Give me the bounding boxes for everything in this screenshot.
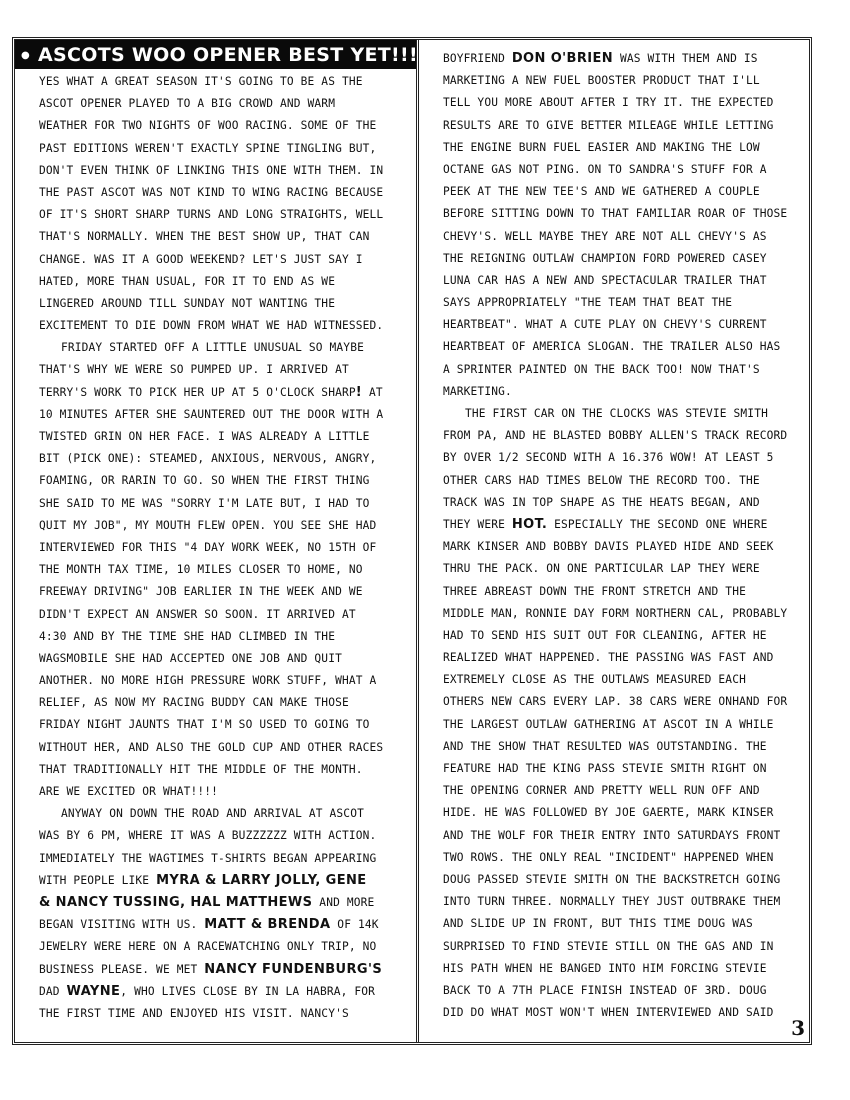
text-line: DIDN'T EXPECT AN ANSWER SO SOON. IT ARRI…	[39, 604, 416, 626]
text-run: AND SLIDE UP IN FRONT, BUT THIS TIME DOU…	[443, 917, 753, 930]
text-run: BOYFRIEND	[443, 52, 512, 65]
text-line: THREE ABREAST DOWN THE FRONT STRETCH AND…	[443, 581, 809, 603]
text-run: , WHO LIVES CLOSE BY IN LA HABRA, FOR	[120, 985, 375, 998]
text-line: HAD TO SEND HIS SUIT OUT FOR CLEANING, A…	[443, 625, 809, 647]
text-line: BUSINESS PLEASE. WE MET NANCY FUNDENBURG…	[39, 959, 416, 981]
text-run: OCTANE GAS NOT PING. ON TO SANDRA'S STUF…	[443, 163, 767, 176]
text-run: DOUG PASSED STEVIE SMITH ON THE BACKSTRE…	[443, 873, 780, 886]
right-column-text: BOYFRIEND DON O'BRIEN WAS WITH THEM AND …	[422, 40, 809, 1024]
text-line: CHANGE. WAS IT A GOOD WEEKEND? LET'S JUS…	[39, 249, 416, 271]
text-run: THE LARGEST OUTLAW GATHERING AT ASCOT IN…	[443, 718, 774, 731]
text-line: AND THE WOLF FOR THEIR ENTRY INTO SATURD…	[443, 825, 809, 847]
left-column-text: YES WHAT A GREAT SEASON IT'S GOING TO BE…	[15, 69, 416, 1025]
text-line: THE FIRST CAR ON THE CLOCKS WAS STEVIE S…	[443, 403, 809, 425]
text-line: HEARTBEAT". WHAT A CUTE PLAY ON CHEVY'S …	[443, 314, 809, 336]
text-run: TRACK WAS IN TOP SHAPE AS THE HEATS BEGA…	[443, 496, 760, 509]
text-line: WITHOUT HER, AND ALSO THE GOLD CUP AND O…	[39, 737, 416, 759]
text-run: THRU THE PACK. ON ONE PARTICULAR LAP THE…	[443, 562, 760, 575]
text-run: MIDDLE MAN, RONNIE DAY FORM NORTHERN CAL…	[443, 607, 787, 620]
text-line: 10 MINUTES AFTER SHE SAUNTERED OUT THE D…	[39, 404, 416, 426]
text-run: EXCITEMENT TO DIE DOWN FROM WHAT WE HAD …	[39, 319, 383, 332]
text-line: FEATURE HAD THE KING PASS STEVIE SMITH R…	[443, 758, 809, 780]
text-run: FROM PA, AND HE BLASTED BOBBY ALLEN'S TR…	[443, 429, 787, 442]
text-run: 10 MINUTES AFTER SHE SAUNTERED OUT THE D…	[39, 408, 383, 421]
text-run: THE PAST ASCOT WAS NOT KIND TO WING RACI…	[39, 186, 383, 199]
text-line: AND SLIDE UP IN FRONT, BUT THIS TIME DOU…	[443, 913, 809, 935]
text-line: ARE WE EXCITED OR WHAT!!!!	[39, 781, 416, 803]
text-line: THAT TRADITIONALLY HIT THE MIDDLE OF THE…	[39, 759, 416, 781]
text-line: MARKETING.	[443, 381, 809, 403]
text-line: HIDE. HE WAS FOLLOWED BY JOE GAERTE, MAR…	[443, 802, 809, 824]
text-run: A SPRINTER PAINTED ON THE BACK TOO! NOW …	[443, 363, 760, 376]
text-run: THE MONTH TAX TIME, 10 MILES CLOSER TO H…	[39, 563, 363, 576]
text-line: YES WHAT A GREAT SEASON IT'S GOING TO BE…	[39, 71, 416, 93]
text-line: SAYS APPROPRIATELY "THE TEAM THAT BEAT T…	[443, 292, 809, 314]
text-line: INTO TURN THREE. NORMALLY THEY JUST OUTB…	[443, 891, 809, 913]
text-run: OTHERS NEW CARS EVERY LAP. 38 CARS WERE …	[443, 695, 787, 708]
text-run: WAGSMOBILE SHE HAD ACCEPTED ONE JOB AND …	[39, 652, 342, 665]
text-line: THE ENGINE BURN FUEL EASIER AND MAKING T…	[443, 137, 809, 159]
text-run: DIDN'T EXPECT AN ANSWER SO SOON. IT ARRI…	[39, 608, 356, 621]
text-run: OF IT'S SHORT SHARP TURNS AND LONG STRAI…	[39, 208, 383, 221]
text-line: THAT'S WHY WE WERE SO PUMPED UP. I ARRIV…	[39, 359, 416, 381]
text-run: THE FIRST TIME AND ENJOYED HIS VISIT. NA…	[39, 1007, 349, 1020]
text-line: MIDDLE MAN, RONNIE DAY FORM NORTHERN CAL…	[443, 603, 809, 625]
text-line: PEEK AT THE NEW TEE'S AND WE GATHERED A …	[443, 181, 809, 203]
text-run: HIS PATH WHEN HE BANGED INTO HIM FORCING…	[443, 962, 767, 975]
text-run: THE REIGNING OUTLAW CHAMPION FORD POWERE…	[443, 252, 767, 265]
text-run: TERRY'S WORK TO PICK HER UP AT 5 O'CLOCK…	[39, 386, 356, 399]
text-run: THAT'S WHY WE WERE SO PUMPED UP. I ARRIV…	[39, 363, 349, 376]
text-run: MARK KINSER AND BOBBY DAVIS PLAYED HIDE …	[443, 540, 774, 553]
text-line: LINGERED AROUND TILL SUNDAY NOT WANTING …	[39, 293, 416, 315]
text-run: TWISTED GRIN ON HER FACE. I WAS ALREADY …	[39, 430, 370, 443]
text-line: DON'T EVEN THINK OF LINKING THIS ONE WIT…	[39, 160, 416, 182]
text-run: AND MORE	[312, 896, 374, 909]
text-run: FRIDAY NIGHT JAUNTS THAT I'M SO USED TO …	[39, 718, 370, 731]
text-run: BUSINESS PLEASE. WE MET	[39, 963, 204, 976]
text-run: WAS WITH THEM AND IS	[613, 52, 758, 65]
text-run: AT	[362, 386, 383, 399]
text-run: QUIT MY JOB", MY MOUTH FLEW OPEN. YOU SE…	[39, 519, 376, 532]
text-line: QUIT MY JOB", MY MOUTH FLEW OPEN. YOU SE…	[39, 515, 416, 537]
text-line: FRIDAY NIGHT JAUNTS THAT I'M SO USED TO …	[39, 714, 416, 736]
text-line: WITH PEOPLE LIKE MYRA & LARRY JOLLY, GEN…	[39, 870, 416, 892]
text-run: THAT'S NORMALLY. WHEN THE BEST SHOW UP, …	[39, 230, 370, 243]
text-run: BACK TO A 7TH PLACE FINISH INSTEAD OF 3R…	[443, 984, 767, 997]
text-run: AND THE WOLF FOR THEIR ENTRY INTO SATURD…	[443, 829, 780, 842]
text-run: REALIZED WHAT HAPPENED. THE PASSING WAS …	[443, 651, 774, 664]
text-line: HIS PATH WHEN HE BANGED INTO HIM FORCING…	[443, 958, 809, 980]
text-run: IMMEDIATELY THE WAGTIMES T-SHIRTS BEGAN …	[39, 852, 376, 865]
text-run: JEWELRY WERE HERE ON A RACEWATCHING ONLY…	[39, 940, 376, 953]
text-run: RELIEF, AS NOW MY RACING BUDDY CAN MAKE …	[39, 696, 349, 709]
text-line: THAT'S NORMALLY. WHEN THE BEST SHOW UP, …	[39, 226, 416, 248]
text-line: TWISTED GRIN ON HER FACE. I WAS ALREADY …	[39, 426, 416, 448]
bold-name: NANCY FUNDENBURG'S	[204, 962, 382, 977]
text-run: INTERVIEWED FOR THIS "4 DAY WORK WEEK, N…	[39, 541, 376, 554]
text-run: ASCOT OPENER PLAYED TO A BIG CROWD AND W…	[39, 97, 335, 110]
text-run: ANOTHER. NO MORE HIGH PRESSURE WORK STUF…	[39, 674, 376, 687]
text-run: THE OPENING CORNER AND PRETTY WELL RUN O…	[443, 784, 760, 797]
text-line: HATED, MORE THAN USUAL, FOR IT TO END AS…	[39, 271, 416, 293]
text-run: HEARTBEAT". WHAT A CUTE PLAY ON CHEVY'S …	[443, 318, 767, 331]
text-run: WITHOUT HER, AND ALSO THE GOLD CUP AND O…	[39, 741, 383, 754]
article-headline: ●ASCOTS WOO OPENER BEST YET!!!!!!	[15, 40, 416, 69]
text-line: THE LARGEST OUTLAW GATHERING AT ASCOT IN…	[443, 714, 809, 736]
text-run: PAST EDITIONS WEREN'T EXACTLY SPINE TING…	[39, 142, 376, 155]
text-run: WAS BY 6 PM, WHERE IT WAS A BUZZZZZZ WIT…	[39, 829, 376, 842]
bold-name: WAYNE	[67, 984, 121, 999]
text-run: SHE SAID TO ME WAS "SORRY I'M LATE BUT, …	[39, 497, 370, 510]
text-run: ARE WE EXCITED OR WHAT!!!!	[39, 785, 218, 798]
text-line: PAST EDITIONS WEREN'T EXACTLY SPINE TING…	[39, 138, 416, 160]
text-line: RESULTS ARE TO GIVE BETTER MILEAGE WHILE…	[443, 115, 809, 137]
text-run: INTO TURN THREE. NORMALLY THEY JUST OUTB…	[443, 895, 780, 908]
text-line: TELL YOU MORE ABOUT AFTER I TRY IT. THE …	[443, 92, 809, 114]
text-run: LUNA CAR HAS A NEW AND SPECTACULAR TRAIL…	[443, 274, 767, 287]
text-line: 4:30 AND BY THE TIME SHE HAD CLIMBED IN …	[39, 626, 416, 648]
text-line: TERRY'S WORK TO PICK HER UP AT 5 O'CLOCK…	[39, 382, 416, 404]
text-run: THEY WERE	[443, 518, 512, 531]
text-line: DAD WAYNE, WHO LIVES CLOSE BY IN LA HABR…	[39, 981, 416, 1003]
text-line: WAS BY 6 PM, WHERE IT WAS A BUZZZZZZ WIT…	[39, 825, 416, 847]
page-frame: ●ASCOTS WOO OPENER BEST YET!!!!!! YES WH…	[12, 37, 812, 1045]
page-number: 3	[791, 1016, 805, 1040]
text-run: CHEVY'S. WELL MAYBE THEY ARE NOT ALL CHE…	[443, 230, 767, 243]
text-run: FEATURE HAD THE KING PASS STEVIE SMITH R…	[443, 762, 767, 775]
text-run: HAD TO SEND HIS SUIT OUT FOR CLEANING, A…	[443, 629, 767, 642]
text-line: ANOTHER. NO MORE HIGH PRESSURE WORK STUF…	[39, 670, 416, 692]
bold-name: MATT & BRENDA	[204, 917, 330, 932]
bullet-icon: ●	[21, 50, 30, 61]
text-run: MARKETING.	[443, 385, 512, 398]
text-run: 4:30 AND BY THE TIME SHE HAD CLIMBED IN …	[39, 630, 335, 643]
text-run: FRIDAY STARTED OFF A LITTLE UNUSUAL SO M…	[61, 341, 364, 354]
text-line: ANYWAY ON DOWN THE ROAD AND ARRIVAL AT A…	[39, 803, 416, 825]
text-line: THE REIGNING OUTLAW CHAMPION FORD POWERE…	[443, 248, 809, 270]
text-run: THAT TRADITIONALLY HIT THE MIDDLE OF THE…	[39, 763, 363, 776]
text-line: TWO ROWS. THE ONLY REAL "INCIDENT" HAPPE…	[443, 847, 809, 869]
text-line: OF IT'S SHORT SHARP TURNS AND LONG STRAI…	[39, 204, 416, 226]
text-run: EXTREMELY CLOSE AS THE OUTLAWS MEASURED …	[443, 673, 746, 686]
text-run: SURPRISED TO FIND STEVIE STILL ON THE GA…	[443, 940, 774, 953]
text-run: HATED, MORE THAN USUAL, FOR IT TO END AS…	[39, 275, 335, 288]
text-line: IMMEDIATELY THE WAGTIMES T-SHIRTS BEGAN …	[39, 848, 416, 870]
headline-text: ASCOTS WOO OPENER BEST YET!!!!!!	[38, 44, 445, 66]
text-line: FOAMING, OR RARIN TO GO. SO WHEN THE FIR…	[39, 470, 416, 492]
text-run: THREE ABREAST DOWN THE FRONT STRETCH AND…	[443, 585, 746, 598]
right-column: BOYFRIEND DON O'BRIEN WAS WITH THEM AND …	[422, 40, 809, 1042]
text-line: ASCOT OPENER PLAYED TO A BIG CROWD AND W…	[39, 93, 416, 115]
text-line: THE PAST ASCOT WAS NOT KIND TO WING RACI…	[39, 182, 416, 204]
text-run: BIT (PICK ONE): STEAMED, ANXIOUS, NERVOU…	[39, 452, 376, 465]
text-run: BEFORE SITTING DOWN TO THAT FAMILIAR ROA…	[443, 207, 787, 220]
bold-name: & NANCY TUSSING, HAL MATTHEWS	[39, 895, 312, 910]
text-run: HIDE. HE WAS FOLLOWED BY JOE GAERTE, MAR…	[443, 806, 774, 819]
text-line: WAGSMOBILE SHE HAD ACCEPTED ONE JOB AND …	[39, 648, 416, 670]
text-line: HEARTBEAT OF AMERICA SLOGAN. THE TRAILER…	[443, 336, 809, 358]
text-run: FREEWAY DRIVING" JOB EARLIER IN THE WEEK…	[39, 585, 363, 598]
text-line: MARK KINSER AND BOBBY DAVIS PLAYED HIDE …	[443, 536, 809, 558]
text-line: DID DO WHAT MOST WON'T WHEN INTERVIEWED …	[443, 1002, 809, 1024]
bold-name: HOT.	[512, 517, 547, 532]
text-run: SAYS APPROPRIATELY "THE TEAM THAT BEAT T…	[443, 296, 732, 309]
text-line: BEGAN VISITING WITH US. MATT & BRENDA OF…	[39, 914, 416, 936]
text-run: CHANGE. WAS IT A GOOD WEEKEND? LET'S JUS…	[39, 253, 363, 266]
text-run: HEARTBEAT OF AMERICA SLOGAN. THE TRAILER…	[443, 340, 780, 353]
text-run: WEATHER FOR TWO NIGHTS OF WOO RACING. SO…	[39, 119, 376, 132]
text-run: THE ENGINE BURN FUEL EASIER AND MAKING T…	[443, 141, 760, 154]
text-line: BACK TO A 7TH PLACE FINISH INSTEAD OF 3R…	[443, 980, 809, 1002]
text-line: BIT (PICK ONE): STEAMED, ANXIOUS, NERVOU…	[39, 448, 416, 470]
text-run: OTHER CARS HAD TIMES BELOW THE RECORD TO…	[443, 474, 760, 487]
text-line: EXTREMELY CLOSE AS THE OUTLAWS MEASURED …	[443, 669, 809, 691]
text-run: MARKETING A NEW FUEL BOOSTER PRODUCT THA…	[443, 74, 760, 87]
text-line: THE MONTH TAX TIME, 10 MILES CLOSER TO H…	[39, 559, 416, 581]
text-line: OTHER CARS HAD TIMES BELOW THE RECORD TO…	[443, 470, 809, 492]
text-line: BEFORE SITTING DOWN TO THAT FAMILIAR ROA…	[443, 203, 809, 225]
text-line: THE FIRST TIME AND ENJOYED HIS VISIT. NA…	[39, 1003, 416, 1025]
text-line: FREEWAY DRIVING" JOB EARLIER IN THE WEEK…	[39, 581, 416, 603]
text-run: YES WHAT A GREAT SEASON IT'S GOING TO BE…	[39, 75, 363, 88]
text-run: THE FIRST CAR ON THE CLOCKS WAS STEVIE S…	[465, 407, 768, 420]
text-run: AND THE SHOW THAT RESULTED WAS OUTSTANDI…	[443, 740, 767, 753]
text-line: INTERVIEWED FOR THIS "4 DAY WORK WEEK, N…	[39, 537, 416, 559]
text-line: BOYFRIEND DON O'BRIEN WAS WITH THEM AND …	[443, 48, 809, 70]
text-line: & NANCY TUSSING, HAL MATTHEWS AND MORE	[39, 892, 416, 914]
text-line: AND THE SHOW THAT RESULTED WAS OUTSTANDI…	[443, 736, 809, 758]
text-line: LUNA CAR HAS A NEW AND SPECTACULAR TRAIL…	[443, 270, 809, 292]
text-run: OF 14K	[330, 918, 378, 931]
bold-name: DON O'BRIEN	[512, 51, 613, 66]
text-run: BY OVER 1/2 SECOND WITH A 16.376 WOW! AT…	[443, 451, 774, 464]
text-run: PEEK AT THE NEW TEE'S AND WE GATHERED A …	[443, 185, 760, 198]
text-line: FRIDAY STARTED OFF A LITTLE UNUSUAL SO M…	[39, 337, 416, 359]
text-run: TELL YOU MORE ABOUT AFTER I TRY IT. THE …	[443, 96, 774, 109]
text-line: SURPRISED TO FIND STEVIE STILL ON THE GA…	[443, 936, 809, 958]
text-line: REALIZED WHAT HAPPENED. THE PASSING WAS …	[443, 647, 809, 669]
text-line: OCTANE GAS NOT PING. ON TO SANDRA'S STUF…	[443, 159, 809, 181]
left-column: ●ASCOTS WOO OPENER BEST YET!!!!!! YES WH…	[15, 40, 419, 1042]
text-run: BEGAN VISITING WITH US.	[39, 918, 204, 931]
text-run: LINGERED AROUND TILL SUNDAY NOT WANTING …	[39, 297, 335, 310]
bold-name: MYRA & LARRY JOLLY, GENE	[156, 873, 366, 888]
text-line: OTHERS NEW CARS EVERY LAP. 38 CARS WERE …	[443, 691, 809, 713]
text-run: DAD	[39, 985, 67, 998]
text-line: EXCITEMENT TO DIE DOWN FROM WHAT WE HAD …	[39, 315, 416, 337]
text-line: THE OPENING CORNER AND PRETTY WELL RUN O…	[443, 780, 809, 802]
text-run: TWO ROWS. THE ONLY REAL "INCIDENT" HAPPE…	[443, 851, 774, 864]
text-line: FROM PA, AND HE BLASTED BOBBY ALLEN'S TR…	[443, 425, 809, 447]
text-line: CHEVY'S. WELL MAYBE THEY ARE NOT ALL CHE…	[443, 226, 809, 248]
text-line: TRACK WAS IN TOP SHAPE AS THE HEATS BEGA…	[443, 492, 809, 514]
text-line: A SPRINTER PAINTED ON THE BACK TOO! NOW …	[443, 359, 809, 381]
text-run: ESPECIALLY THE SECOND ONE WHERE	[547, 518, 767, 531]
text-line: DOUG PASSED STEVIE SMITH ON THE BACKSTRE…	[443, 869, 809, 891]
text-line: THEY WERE HOT. ESPECIALLY THE SECOND ONE…	[443, 514, 809, 536]
text-run: ANYWAY ON DOWN THE ROAD AND ARRIVAL AT A…	[61, 807, 364, 820]
text-line: THRU THE PACK. ON ONE PARTICULAR LAP THE…	[443, 558, 809, 580]
text-run: DON'T EVEN THINK OF LINKING THIS ONE WIT…	[39, 164, 383, 177]
text-run: WITH PEOPLE LIKE	[39, 874, 156, 887]
text-line: BY OVER 1/2 SECOND WITH A 16.376 WOW! AT…	[443, 447, 809, 469]
text-line: RELIEF, AS NOW MY RACING BUDDY CAN MAKE …	[39, 692, 416, 714]
text-run: FOAMING, OR RARIN TO GO. SO WHEN THE FIR…	[39, 474, 370, 487]
text-line: SHE SAID TO ME WAS "SORRY I'M LATE BUT, …	[39, 493, 416, 515]
text-run: RESULTS ARE TO GIVE BETTER MILEAGE WHILE…	[443, 119, 774, 132]
text-run: DID DO WHAT MOST WON'T WHEN INTERVIEWED …	[443, 1006, 774, 1019]
text-line: MARKETING A NEW FUEL BOOSTER PRODUCT THA…	[443, 70, 809, 92]
text-line: JEWELRY WERE HERE ON A RACEWATCHING ONLY…	[39, 936, 416, 958]
text-line: WEATHER FOR TWO NIGHTS OF WOO RACING. SO…	[39, 115, 416, 137]
